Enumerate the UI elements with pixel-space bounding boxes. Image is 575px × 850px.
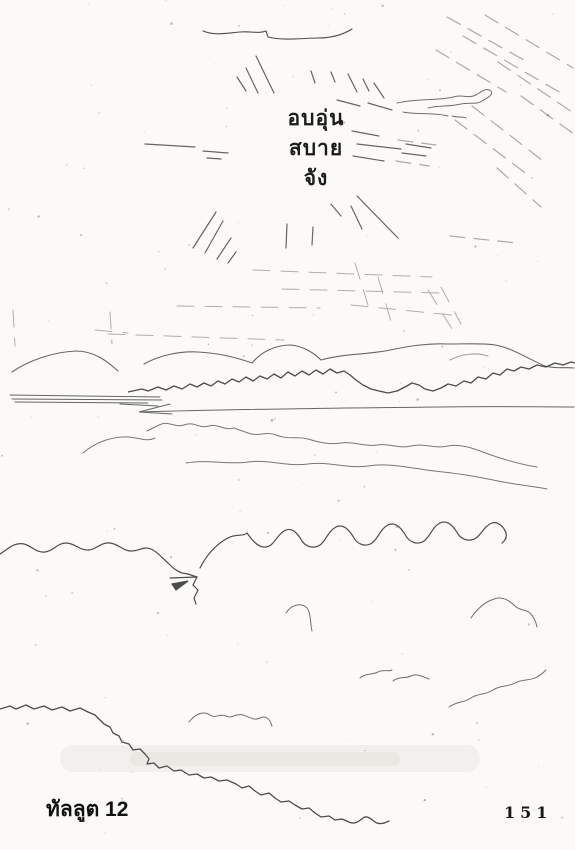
- mountain-ridge-jagged: [128, 362, 575, 393]
- horizon-lines: [10, 395, 574, 414]
- cloud-detail-strokes: [189, 598, 546, 726]
- manga-page: อบอุ่น สบาย จัง ทัลลูต 12 151: [0, 0, 575, 850]
- sky-haze-dashes: [13, 263, 461, 346]
- water-reflection-lines: [83, 423, 547, 489]
- sun-caption-line-1: อบอุ่น: [226, 103, 406, 133]
- sun-caption-line-2: สบาย: [226, 133, 406, 163]
- cloud-wisp-right: [397, 90, 492, 118]
- sun-caption: อบอุ่น สบาย จัง: [226, 103, 406, 193]
- top-cloud-outline: [203, 29, 352, 39]
- cloud-bank-outline: [0, 522, 506, 604]
- chapter-label: ทัลลูต 12: [46, 793, 128, 826]
- sunbeam-streaks: [396, 15, 574, 243]
- sun-caption-line-3: จัง: [226, 163, 406, 193]
- mountain-hills: [12, 344, 574, 372]
- scan-wash: [60, 745, 480, 772]
- page-number: 151: [504, 803, 552, 822]
